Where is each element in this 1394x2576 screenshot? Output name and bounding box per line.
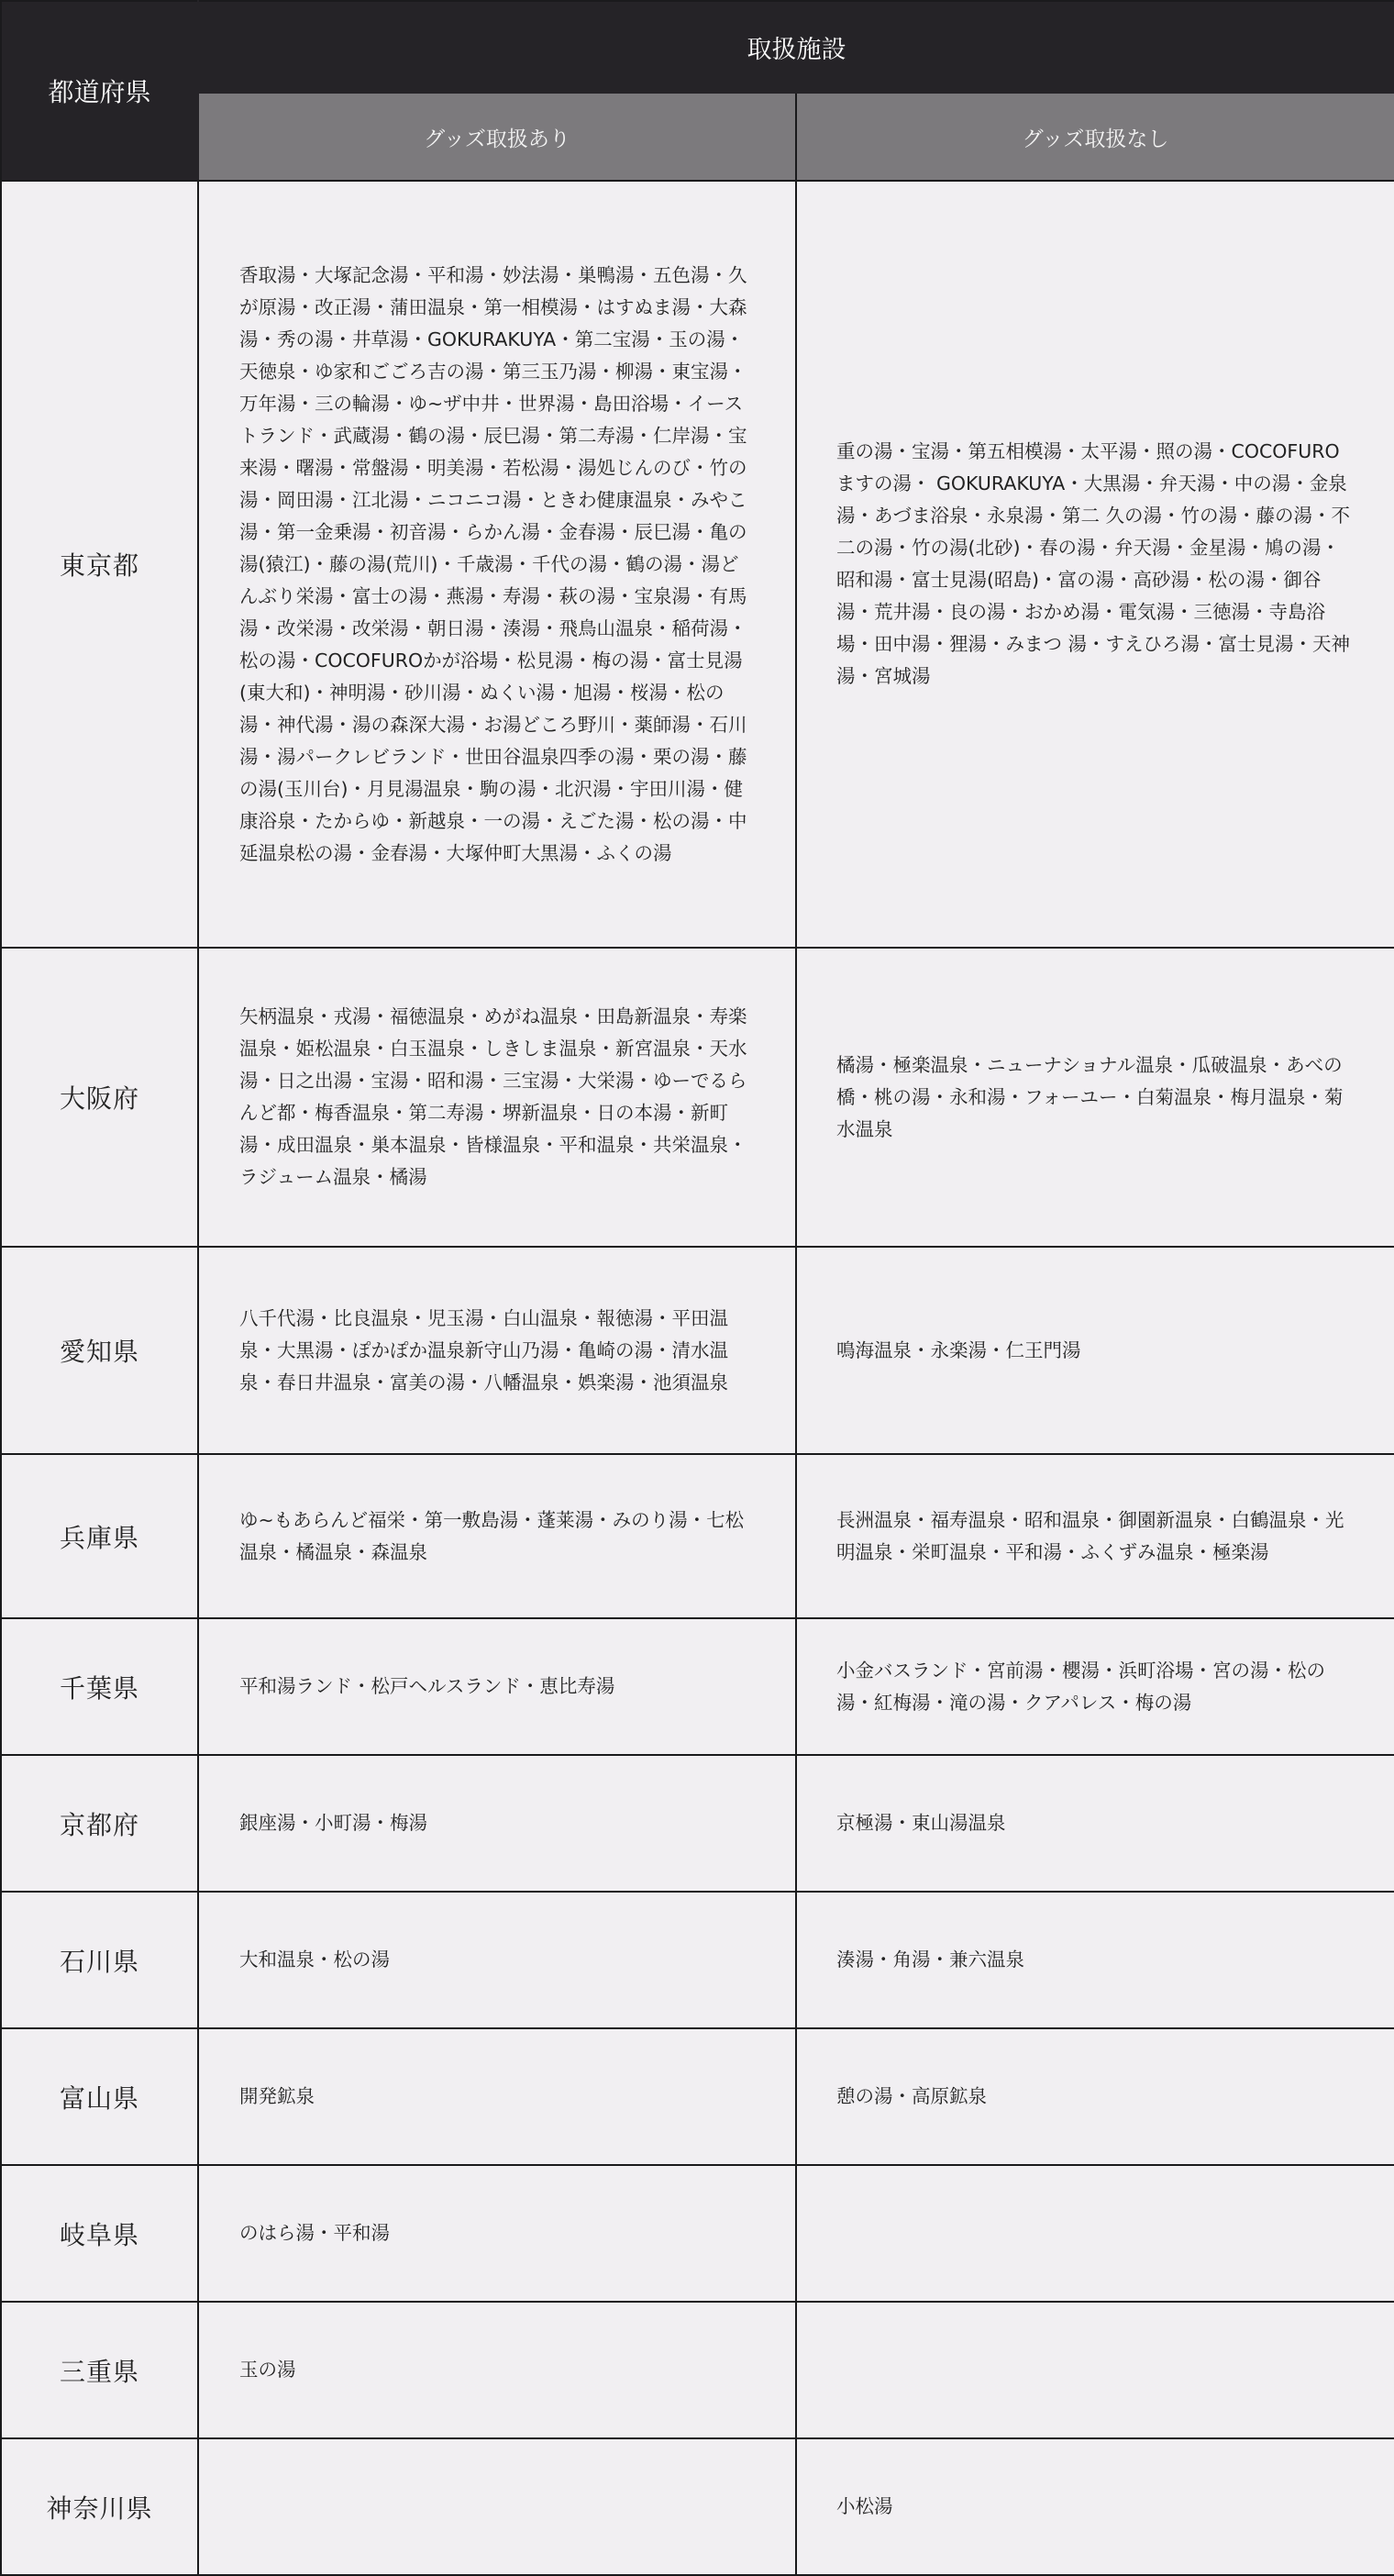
without-goods-cell [796, 2165, 1394, 2302]
without-goods-cell: 小松湯 [796, 2438, 1394, 2575]
prefecture-cell: 石川県 [1, 1892, 198, 2028]
table-row: 東京都 香取湯・大塚記念湯・平和湯・妙法湯・巣鴨湯・五色湯・久が原湯・改正湯・蒲… [1, 181, 1394, 948]
table-row: 石川県 大和温泉・松の湯 湊湯・角湯・兼六温泉 [1, 1892, 1394, 2028]
facility-table: 都道府県 取扱施設 グッズ取扱あり グッズ取扱なし 東京都 香取湯・大塚記念湯・… [0, 0, 1394, 2576]
header-facilities: 取扱施設 [198, 1, 1394, 93]
with-goods-cell: 開発鉱泉 [198, 2028, 796, 2165]
with-goods-cell: 矢柄温泉・戎湯・福徳温泉・めがね温泉・田島新温泉・寿楽温泉・姫松温泉・白玉温泉・… [198, 948, 796, 1247]
prefecture-cell: 岐阜県 [1, 2165, 198, 2302]
with-goods-cell [198, 2438, 796, 2575]
without-goods-cell: 湊湯・角湯・兼六温泉 [796, 1892, 1394, 2028]
without-goods-cell: 鳴海温泉・永楽湯・仁王門湯 [796, 1247, 1394, 1454]
prefecture-cell: 愛知県 [1, 1247, 198, 1454]
prefecture-cell: 富山県 [1, 2028, 198, 2165]
header-without-goods: グッズ取扱なし [796, 93, 1394, 181]
table-body: 東京都 香取湯・大塚記念湯・平和湯・妙法湯・巣鴨湯・五色湯・久が原湯・改正湯・蒲… [1, 181, 1394, 2575]
prefecture-cell: 京都府 [1, 1755, 198, 1892]
with-goods-cell: 銀座湯・小町湯・梅湯 [198, 1755, 796, 1892]
prefecture-cell: 大阪府 [1, 948, 198, 1247]
prefecture-cell: 三重県 [1, 2302, 198, 2438]
prefecture-cell: 東京都 [1, 181, 198, 948]
with-goods-cell: 大和温泉・松の湯 [198, 1892, 796, 2028]
table-row: 愛知県 八千代湯・比良温泉・児玉湯・白山温泉・報徳湯・平田温泉・大黒湯・ぽかぽか… [1, 1247, 1394, 1454]
with-goods-cell: 香取湯・大塚記念湯・平和湯・妙法湯・巣鴨湯・五色湯・久が原湯・改正湯・蒲田温泉・… [198, 181, 796, 948]
table-row: 兵庫県 ゆ~もあらんど福栄・第一敷島湯・蓬莱湯・みのり湯・七松温泉・橘温泉・森温… [1, 1454, 1394, 1618]
prefecture-cell: 神奈川県 [1, 2438, 198, 2575]
table-row: 千葉県 平和湯ランド・松戸ヘルスランド・恵比寿湯 小金バスランド・宮前湯・櫻湯・… [1, 1618, 1394, 1755]
table-row: 富山県 開発鉱泉 憩の湯・高原鉱泉 [1, 2028, 1394, 2165]
without-goods-cell: 京極湯・東山湯温泉 [796, 1755, 1394, 1892]
prefecture-cell: 兵庫県 [1, 1454, 198, 1618]
table-row: 三重県 玉の湯 [1, 2302, 1394, 2438]
with-goods-cell: ゆ~もあらんど福栄・第一敷島湯・蓬莱湯・みのり湯・七松温泉・橘温泉・森温泉 [198, 1454, 796, 1618]
without-goods-cell: 橘湯・極楽温泉・ニューナショナル温泉・瓜破温泉・あべの橋・桃の湯・永和湯・フォー… [796, 948, 1394, 1247]
with-goods-cell: のはら湯・平和湯 [198, 2165, 796, 2302]
table-row: 大阪府 矢柄温泉・戎湯・福徳温泉・めがね温泉・田島新温泉・寿楽温泉・姫松温泉・白… [1, 948, 1394, 1247]
without-goods-cell [796, 2302, 1394, 2438]
with-goods-cell: 玉の湯 [198, 2302, 796, 2438]
header-with-goods: グッズ取扱あり [198, 93, 796, 181]
without-goods-cell: 重の湯・宝湯・第五相模湯・太平湯・照の湯・COCOFUROますの湯・ GOKUR… [796, 181, 1394, 948]
with-goods-cell: 平和湯ランド・松戸ヘルスランド・恵比寿湯 [198, 1618, 796, 1755]
without-goods-cell: 憩の湯・高原鉱泉 [796, 2028, 1394, 2165]
table-header: 都道府県 取扱施設 グッズ取扱あり グッズ取扱なし [1, 1, 1394, 181]
table-row: 京都府 銀座湯・小町湯・梅湯 京極湯・東山湯温泉 [1, 1755, 1394, 1892]
prefecture-cell: 千葉県 [1, 1618, 198, 1755]
with-goods-cell: 八千代湯・比良温泉・児玉湯・白山温泉・報徳湯・平田温泉・大黒湯・ぽかぽか温泉新守… [198, 1247, 796, 1454]
without-goods-cell: 小金バスランド・宮前湯・櫻湯・浜町浴場・宮の湯・松の湯・紅梅湯・滝の湯・クアパレ… [796, 1618, 1394, 1755]
without-goods-cell: 長洲温泉・福寿温泉・昭和温泉・御園新温泉・白鶴温泉・光明温泉・栄町温泉・平和湯・… [796, 1454, 1394, 1618]
table-row: 岐阜県 のはら湯・平和湯 [1, 2165, 1394, 2302]
table-row: 神奈川県 小松湯 [1, 2438, 1394, 2575]
header-prefecture: 都道府県 [1, 1, 198, 181]
